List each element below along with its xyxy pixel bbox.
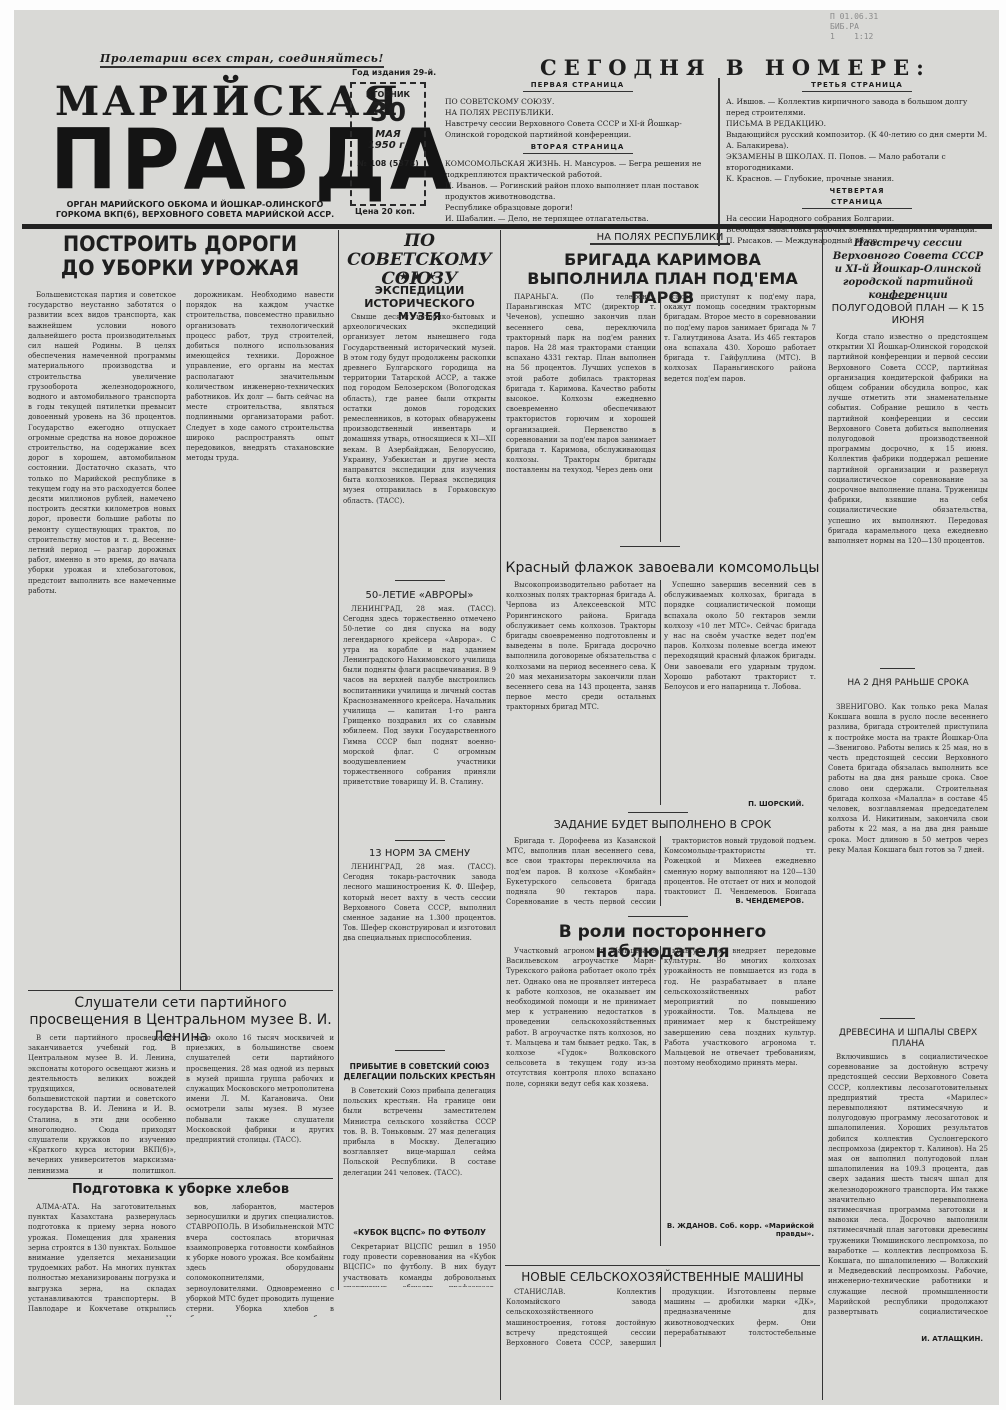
divider: [505, 1265, 820, 1266]
contents-item[interactable]: А. Ившов. — Коллектив кирпичного завода …: [726, 96, 988, 118]
contents-item[interactable]: НА ПОЛЯХ РЕСПУБЛИКИ.: [445, 107, 710, 118]
karimov-col1: ПАРАНЬГА. (По телефону). Параньгинская М…: [506, 292, 656, 542]
day: 30: [352, 99, 424, 127]
contents-right: ТРЕТЬЯ СТРАНИЦА А. Ившов. — Коллектив ки…: [718, 78, 988, 246]
karimov-col2: снова приступят к под'ему пара, окажут п…: [664, 292, 816, 542]
contents-item[interactable]: ЭКЗАМЕНЫ В ШКОЛАХ. П. Попов. — Мало рабо…: [726, 151, 988, 173]
machines-headline: НОВЫЕ СЕЛЬСКОХОЗЯЙСТВЕННЫЕ МАШИНЫ: [505, 1270, 820, 1284]
two-days-body: ЗВЕНИГОВО. Как только река Малая Кокшага…: [828, 702, 988, 1012]
contents-item[interactable]: И. Шабалин. — Дело, не терпящее отлагате…: [445, 213, 710, 224]
lenin-museum-col2: вало около 16 тысяч москвичей и приезжих…: [186, 1033, 334, 1173]
publisher-organ: ОРГАН МАРИЙСКОГО ОБКОМА И ЙОШКАР-ОЛИНСКО…: [55, 200, 335, 220]
harvest-col1: АЛМА-АТА. На заготовительных пунктах Каз…: [28, 1202, 176, 1317]
timber-body: Включившись в социалистическое соревнова…: [828, 1052, 988, 1317]
divider: [620, 546, 680, 547]
fields-section-title: НА ПОЛЯХ РЕСПУБЛИКИ: [590, 232, 730, 245]
contents-item[interactable]: Республике образцовые дороги!: [445, 202, 710, 213]
contents-item[interactable]: Выдающийся русский композитор. (К 40-лет…: [726, 129, 988, 151]
deadline-col1: Бригада т. Дорофеева из Казанской МТС, в…: [506, 836, 656, 906]
contents-page-label: ПЕРВАЯ СТРАНИЦА: [523, 80, 633, 92]
contents-page-label: ВТОРАЯ СТРАНИЦА: [523, 142, 633, 154]
half-year-plan-body: Когда стало известно о предстоящем откры…: [828, 332, 988, 652]
column-divider: [660, 946, 661, 1246]
editorial-headline: ПОСТРОИТЬ ДОРОГИ ДО УБОРКИ УРОЖАЯ: [56, 232, 304, 280]
bystander-signature: В. ЖДАНОВ. Соб. корр. «Марийской правды»…: [664, 1222, 814, 1238]
timber-signature: И. АТЛАЩКИН.: [828, 1335, 983, 1343]
bystander-col1: Участковый агроном т. Мальцева в Василье…: [506, 946, 656, 1246]
contents-title: СЕГОДНЯ В НОМЕРЕ:: [540, 55, 931, 80]
motto: Пролетарии всех стран, соединяйтесь!: [100, 52, 384, 68]
red-flag-col2: Успешно завершив весенний сев в обслужив…: [664, 580, 816, 780]
divider: [395, 840, 445, 841]
divider: [395, 580, 445, 581]
red-flag-headline: Красный флажок завоевали комсомольцы: [505, 560, 820, 576]
year-of-publication: Год издания 29-й.: [352, 68, 436, 77]
machines-col1: СТАНИСЛАВ. Коллектив Коломыйского завода…: [506, 1287, 656, 1347]
deadline-signature: В. ЧЕНДЕМЕРОВ.: [664, 897, 804, 905]
contents-page-label: ТРЕТЬЯ СТРАНИЦА: [802, 80, 912, 92]
football-cup-headline: «КУБОК ВЦСПС» ПО ФУТБОЛУ: [342, 1228, 497, 1237]
month: МАЯ: [352, 129, 424, 140]
column-divider: [660, 1287, 661, 1347]
lenin-museum-col1: В сети партийного просвещения заканчивае…: [28, 1033, 176, 1173]
museum-expeditions-body: Свыше десяти историко-бытовых и археолог…: [343, 312, 496, 572]
divider: [395, 1050, 445, 1051]
aurora-headline: 50-ЛЕТИЕ «АВРОРЫ»: [342, 590, 497, 601]
price: Цена 20 коп.: [355, 207, 415, 216]
harvest-headline: Подготовка к уборке хлебов: [28, 1182, 333, 1197]
year: 1950 г.: [352, 140, 424, 151]
contents-item[interactable]: ПИСЬМА В РЕДАКЦИЮ.: [726, 118, 988, 129]
divider: [880, 298, 915, 299]
column-divider: [338, 230, 339, 1290]
divider: [880, 668, 915, 669]
harvest-col2: вов, лаборантов, мастеров зерносушилки и…: [186, 1202, 334, 1317]
column-divider: [500, 230, 501, 1400]
machines-col2: продукции. Изготовлены первые машины — д…: [664, 1287, 816, 1337]
divider: [28, 1178, 333, 1179]
issue-date-box: ВТОРНИК 30 МАЯ 1950 г. № 108 (5378): [350, 82, 426, 206]
deadline-col2: трактористов новый трудовой подъем. Комс…: [664, 836, 816, 894]
issue-number: № 108 (5378): [352, 159, 424, 168]
editorial-body-col1: Большевистская партия и советское госуда…: [28, 290, 176, 990]
column-divider: [660, 580, 661, 805]
contents-item[interactable]: КОМСОМОЛЬСКАЯ ЖИЗНЬ. Н. Мансуров. — Бегр…: [445, 158, 710, 180]
deadline-headline: ЗАДАНИЕ БУДЕТ ВЫПОЛНЕНО В СРОК: [505, 818, 820, 831]
contents-item[interactable]: ПО СОВЕТСКОМУ СОЮЗУ.: [445, 96, 710, 107]
divider: [880, 1018, 915, 1019]
contents-item[interactable]: Навстречу сессии Верховного Совета СССР …: [445, 118, 710, 140]
column-divider: [660, 836, 661, 906]
column-divider: [180, 300, 181, 990]
contents-left: ПЕРВАЯ СТРАНИЦА ПО СОВЕТСКОМУ СОЮЗУ. НА …: [445, 78, 710, 224]
aurora-body: ЛЕНИНГРАД, 28 мая. (ТАСС). Сегодня здесь…: [343, 604, 496, 836]
divider: [628, 916, 688, 917]
archive-stamp: П 01.06.31 БИБ.РА 1 1:12: [830, 12, 878, 42]
contents-item[interactable]: К. Краснов. — Глубокие, прочные знания.: [726, 173, 988, 184]
two-days-headline: НА 2 ДНЯ РАНЬШЕ СРОКА: [828, 678, 988, 689]
stars-icon: ★★★: [342, 270, 497, 283]
contents-item[interactable]: П. Иванов. — Рогинский район плохо выпол…: [445, 180, 710, 202]
norms-headline: 13 НОРМ ЗА СМЕНУ: [342, 848, 497, 859]
timber-headline: ДРЕВЕСИНА И ШПАЛЫ СВЕРХ ПЛАНА: [828, 1028, 988, 1050]
contents-page-label: ЧЕТВЕРТАЯ СТРАНИЦА: [802, 186, 912, 209]
column-divider: [822, 230, 823, 1400]
red-flag-signature: П. ШОРСКИЙ.: [664, 800, 804, 808]
editorial-body-col2: дорожникам. Необходимо навести порядок н…: [186, 290, 334, 990]
session-banner: Навстречу сессии Верховного Совета СССР …: [828, 237, 988, 302]
red-flag-col1: Высокопроизводительно работает на колхоз…: [506, 580, 656, 805]
divider: [628, 812, 688, 813]
football-cup-body: Секретариат ВЦСПС решил в 1950 году пров…: [343, 1242, 496, 1287]
divider: [28, 990, 333, 991]
bystander-col2: культур, не внедряет передовые культуры.…: [664, 946, 816, 1216]
column-divider: [660, 292, 661, 542]
polish-delegation-body: В Советский Союз прибыла делегация польс…: [343, 1086, 496, 1226]
norms-body: ЛЕНИНГРАД, 28 мая. (ТАСС). Сегодня токар…: [343, 862, 496, 1047]
contents-item[interactable]: На сессии Народного собрания Болгарии.: [726, 213, 988, 224]
half-year-plan-headline: ПОЛУГОДОВОЙ ПЛАН — К 15 ИЮНЯ: [828, 303, 988, 327]
masthead-divider: [22, 224, 992, 229]
polish-delegation-headline: ПРИБЫТИЕ В СОВЕТСКИЙ СОЮЗ ДЕЛЕГАЦИИ ПОЛЬ…: [342, 1062, 497, 1082]
